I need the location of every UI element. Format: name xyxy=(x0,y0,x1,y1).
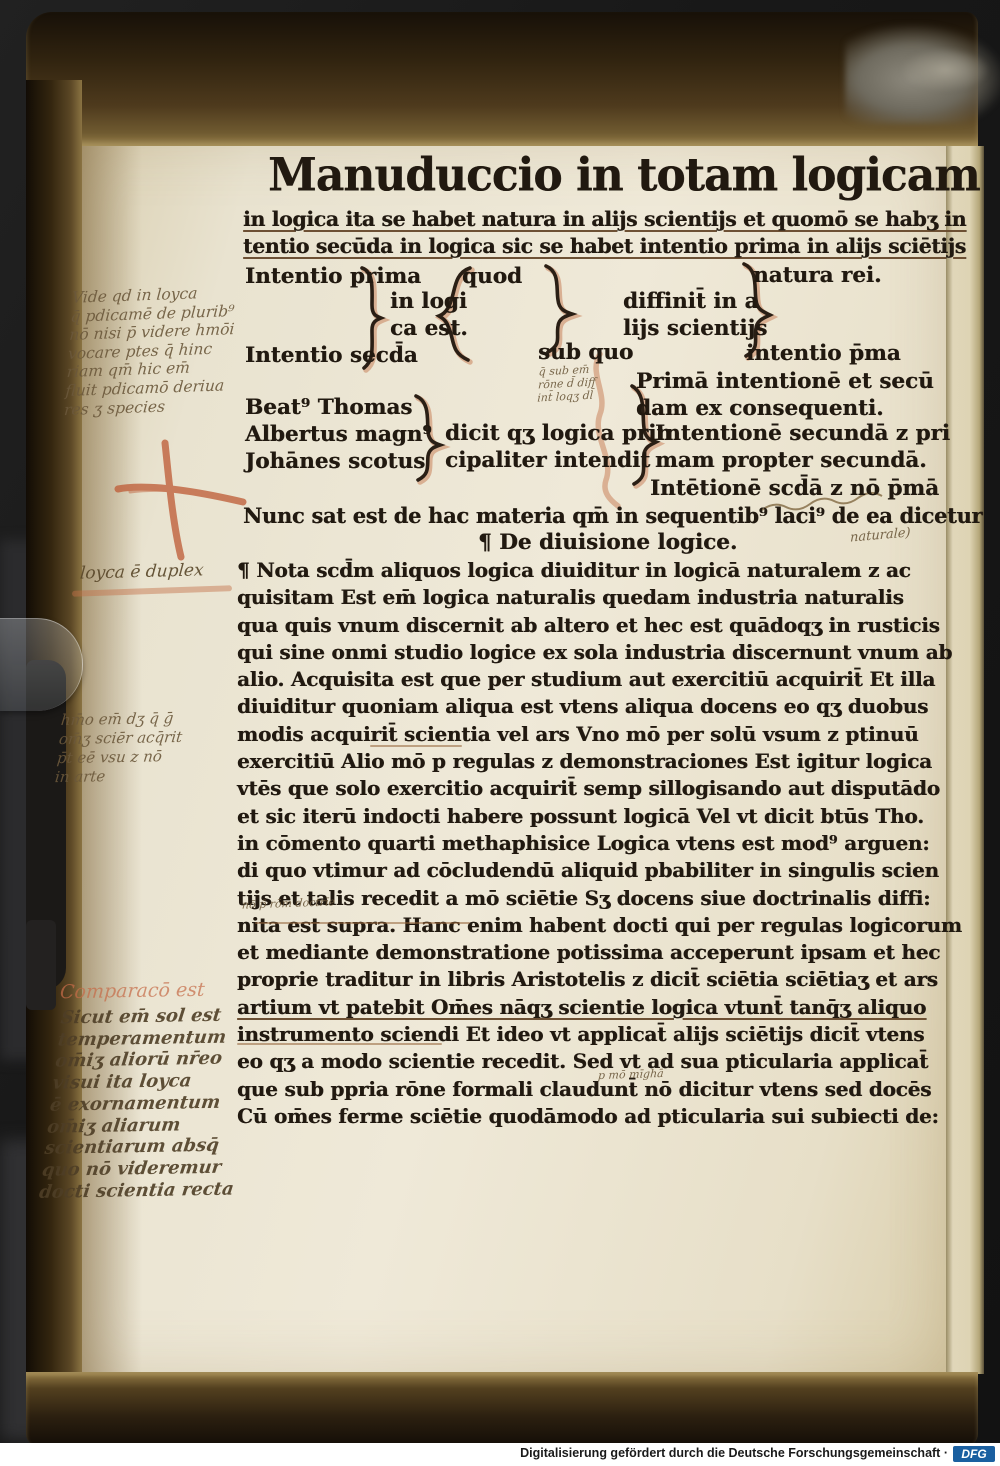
ink-underline xyxy=(370,745,462,747)
diagram-sub-quo: sub quo xyxy=(538,340,633,365)
diagram-division: diffinit̄ in a xyxy=(623,289,758,314)
diagram-result: Primā intentionē et secū xyxy=(636,369,934,394)
body-line: et mediante demonstratione potissima acc… xyxy=(237,940,962,967)
intro-line: in logica ita se habet natura in alijs s… xyxy=(243,207,966,231)
interlinear-note: p mō mīghā xyxy=(598,1067,665,1082)
body-line: tijs et talis recedit a mō sciētie Sʒ do… xyxy=(237,886,962,913)
diagram-authors-stem: dicit qʒ logica prin xyxy=(445,421,672,446)
diagram-intentio-pma: intentio p̄ma xyxy=(746,341,901,366)
body-line: Cū om̄es ferme sciētie quodāmodo ad ptic… xyxy=(237,1104,962,1131)
diagram-stem: ca est. xyxy=(390,316,468,341)
body-line: diuiditur quoniam aliqua est vtens aliqu… xyxy=(237,694,962,721)
body-line: quisitam Est em̄ logica naturalis quedam… xyxy=(237,585,962,612)
section-heading: ¶ De diuisione logice. xyxy=(478,530,737,555)
marginal-note-mid-left: hm̄o em̄ dʒ q̄ ḡ om̄ʒ sciēr acq̄rit p̄t … xyxy=(54,709,185,787)
body-line: in cōmento quarti methaphisice Logica vt… xyxy=(237,831,962,858)
marginal-red-heading: Comparacō est xyxy=(59,979,205,1004)
body-line: exercitiū Alio mō p regulas z demonstrac… xyxy=(237,749,962,776)
ink-underline xyxy=(255,922,470,924)
body-line: ¶ Nota scd̄m aliquos logica diuiditur in… xyxy=(237,558,962,585)
footer-credit-text: Digitalisierung gefördert durch die Deut… xyxy=(520,1446,948,1460)
diagram-quod: quod xyxy=(462,264,522,289)
diagram-stem: in logi xyxy=(390,289,467,314)
body-line-underlined: artium vt patebit Om̄es nāqʒ scientie lo… xyxy=(237,995,962,1022)
marginal-note-duplex: loyca ē duplex xyxy=(79,560,204,583)
body-line: nita est supra. Hanc enim habent docti q… xyxy=(237,913,962,940)
footer-credit-bar: Digitalisierung gefördert durch die Deut… xyxy=(0,1443,1000,1466)
intro-line: tentio secūda in logica sic se habet int… xyxy=(243,234,966,258)
body-line: et sic iterū indocti habere possunt logi… xyxy=(237,804,962,831)
page-title: Manuduccio in totam logicam xyxy=(268,149,980,203)
diagram-authors-result: Intentionē secundā z pri xyxy=(655,421,950,446)
diagram-authors-result: Intētionē scd̄ā z nō p̄mā xyxy=(650,476,939,501)
diagram-author: Albertus magn⁹ xyxy=(245,422,432,447)
diagram-author: Johānes scotus xyxy=(245,449,425,474)
digitized-book-photo: Manuduccio in totam logicam in logica it… xyxy=(0,0,1000,1466)
diagram-intentio-secunda: Intentio secd̄a xyxy=(245,343,418,368)
diagram-intentio-prima: Intentio prima xyxy=(245,264,421,289)
marginal-note-top-left: Vide qd in loyca q̄ pdicamē de plurib⁹ n… xyxy=(63,283,237,419)
diagram-authors-result: mam propter secundā. xyxy=(655,448,927,473)
body-line: modis acquirit̄ scientia vel ars Vno mō … xyxy=(237,722,962,749)
body-line: alio. Acquisita est que per studium aut … xyxy=(237,667,962,694)
body-line: di quo vtimur ad cōcludendū aliquid pbab… xyxy=(237,858,962,885)
interlinear-note-subquo: q̄ sub em̄ rōne d̄ diff int̄ loqʒ dl̄ xyxy=(537,362,597,404)
diagram-natura-rei: natura rei. xyxy=(753,263,882,288)
dfg-logo: DFG xyxy=(953,1446,995,1462)
body-text-block: ¶ Nota scd̄m aliquos logica diuiditur in… xyxy=(237,558,962,1131)
body-line: instrumento sciendi Et ideo vt applicat̄… xyxy=(237,1022,962,1049)
diagram-result: dam ex consequenti. xyxy=(636,396,884,421)
diagram-division: lijs scientijs xyxy=(623,316,767,341)
diagram-authors-stem: cipaliter intendit xyxy=(445,448,650,473)
red-cross-mark xyxy=(118,443,243,557)
diagram-author: Beat⁹ Thomas xyxy=(245,395,412,420)
body-line: qui sine onmi studio logice ex sola indu… xyxy=(237,640,962,667)
marginal-note-bottom-left: Sicut em̄ sol est temperamentum om̄iʒ al… xyxy=(38,1004,256,1203)
transition-line: Nunc sat est de hac materia qm̄ in seque… xyxy=(243,503,982,528)
body-line: proprie traditur in libris Aristotelis z… xyxy=(237,967,962,994)
ink-underline xyxy=(237,1043,442,1045)
body-line: vtēs que solo exercitio acquirit̄ semp s… xyxy=(237,776,962,803)
body-line: qua quis vnum discernit ab altero et hec… xyxy=(237,613,962,640)
